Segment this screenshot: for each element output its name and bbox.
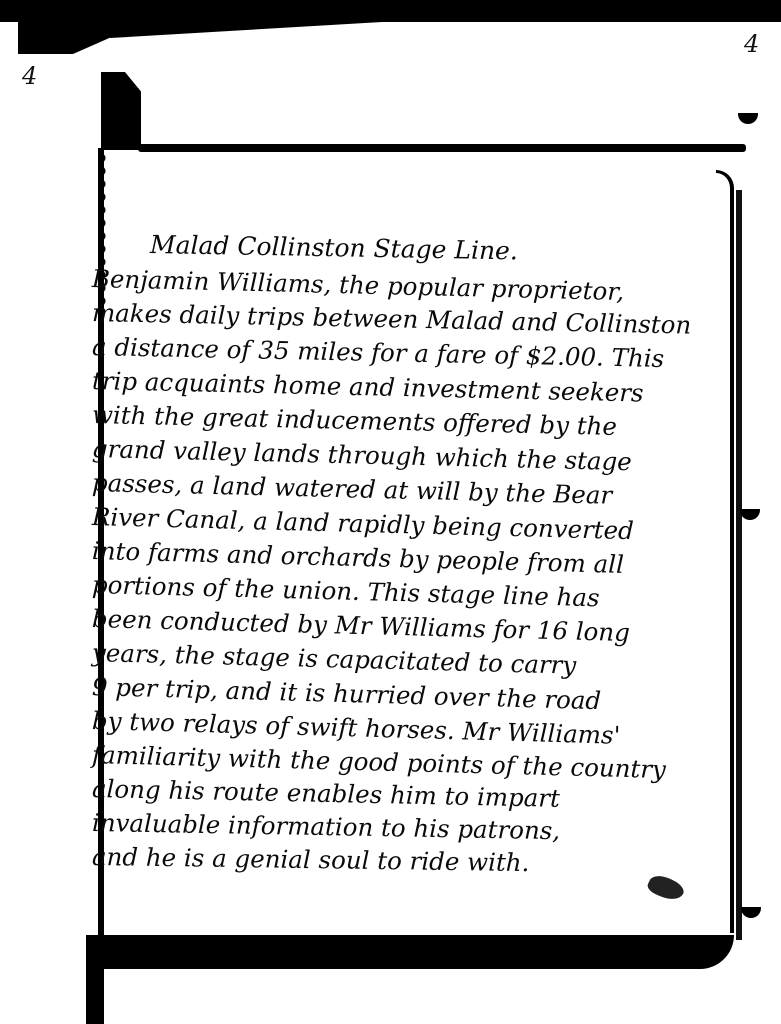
binder-ring-icon	[740, 500, 760, 520]
notebook-bottom-edge	[86, 935, 734, 969]
notebook-page-stack-edge	[736, 190, 742, 940]
page-number-right: 4	[744, 30, 759, 58]
page-number-left: 4	[22, 62, 37, 90]
binder-ring-icon	[741, 898, 761, 918]
notebook-top-edge	[138, 144, 746, 152]
notebook-bottom-left-edge	[86, 935, 100, 1024]
handwritten-page: Malad Collinston Stage Line. Benjamin Wi…	[92, 228, 720, 874]
notebook-tab	[101, 72, 141, 150]
binder-ring-icon	[738, 104, 758, 124]
